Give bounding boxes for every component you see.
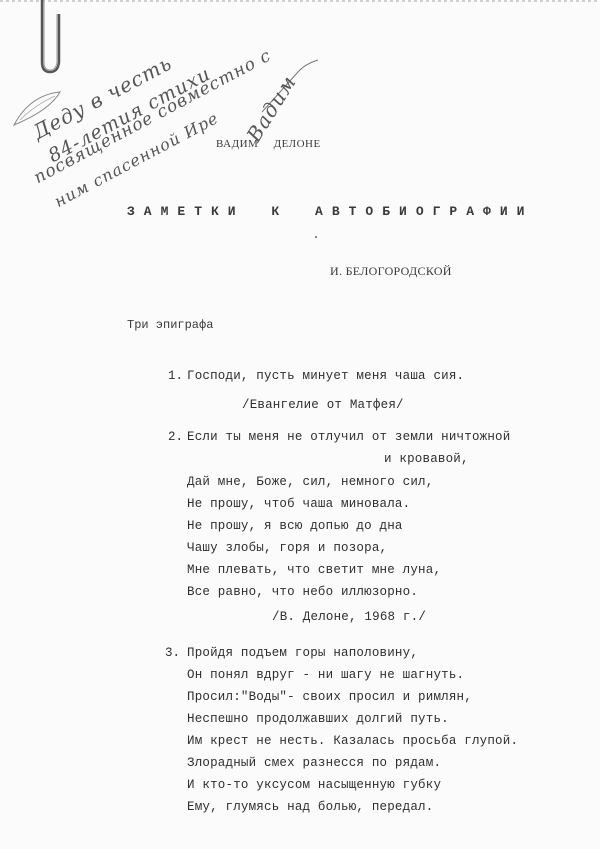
epigraph-2-line: Если ты меня не отлучил от земли ничтожн…: [187, 430, 510, 444]
document-title: ЗАМЕТКИ К АВТОБИОГРАФИИ: [127, 204, 533, 219]
author-name: ВАДИМ ДЕЛОНЕ: [216, 138, 321, 150]
epigraph-3-line: Просил:"Воды"- своих просил и римлян,: [187, 690, 472, 704]
epigraph-2-number: 2.: [168, 430, 183, 444]
epigraph-3-line: И кто-то уксусом насыщенную губку: [187, 778, 441, 792]
epigraph-2-line: и кровавой,: [384, 452, 469, 466]
epigraph-1-number: 1.: [168, 369, 183, 383]
epigraph-2-line: Чашу злобы, горя и позора,: [187, 541, 387, 555]
epigraph-3-line: Им крест не несть. Казалась просьба глуп…: [187, 734, 518, 748]
epigraph-2-line: Мне плевать, что светит мне луна,: [187, 563, 441, 577]
epigraph-3-line: Он понял вдруг - ни шагу не шагнуть.: [187, 668, 464, 682]
epigraph-3-line: Неспешно продолжавших долгий путь.: [187, 712, 449, 726]
epigraph-3-number: 3.: [165, 646, 180, 660]
epigraph-1-source: /Евангелие от Матфея/: [242, 398, 404, 412]
epigraph-2-source: /В. Делоне, 1968 г./: [272, 610, 426, 624]
epigraph-2-line: Все равно, что небо иллюзорно.: [187, 585, 418, 599]
epigraph-2-line: Не прошу, чтоб чаша миновала.: [187, 497, 410, 511]
stray-mark: [315, 236, 317, 238]
epigraph-3-line: Ему, глумясь над болью, передал.: [187, 800, 433, 814]
document-page: Деду в честь 84-летия стихи посвященное …: [0, 0, 600, 849]
epigraph-2-line: Не прошу, я всю допью до дна: [187, 519, 403, 533]
epigraph-3-line: Злорадный смех разнесся по рядам.: [187, 756, 441, 770]
epigraph-1-line: Господи, пусть минует меня чаша сия.: [187, 369, 464, 383]
epigraphs-heading: Три эпиграфа: [127, 318, 213, 332]
epigraph-3-line: Пройдя подъем горы наполовину,: [187, 646, 418, 660]
epigraph-2-line: Дай мне, Боже, сил, немного сил,: [187, 475, 433, 489]
dedication: И. БЕЛОГОРОДСКОЙ: [330, 264, 452, 279]
